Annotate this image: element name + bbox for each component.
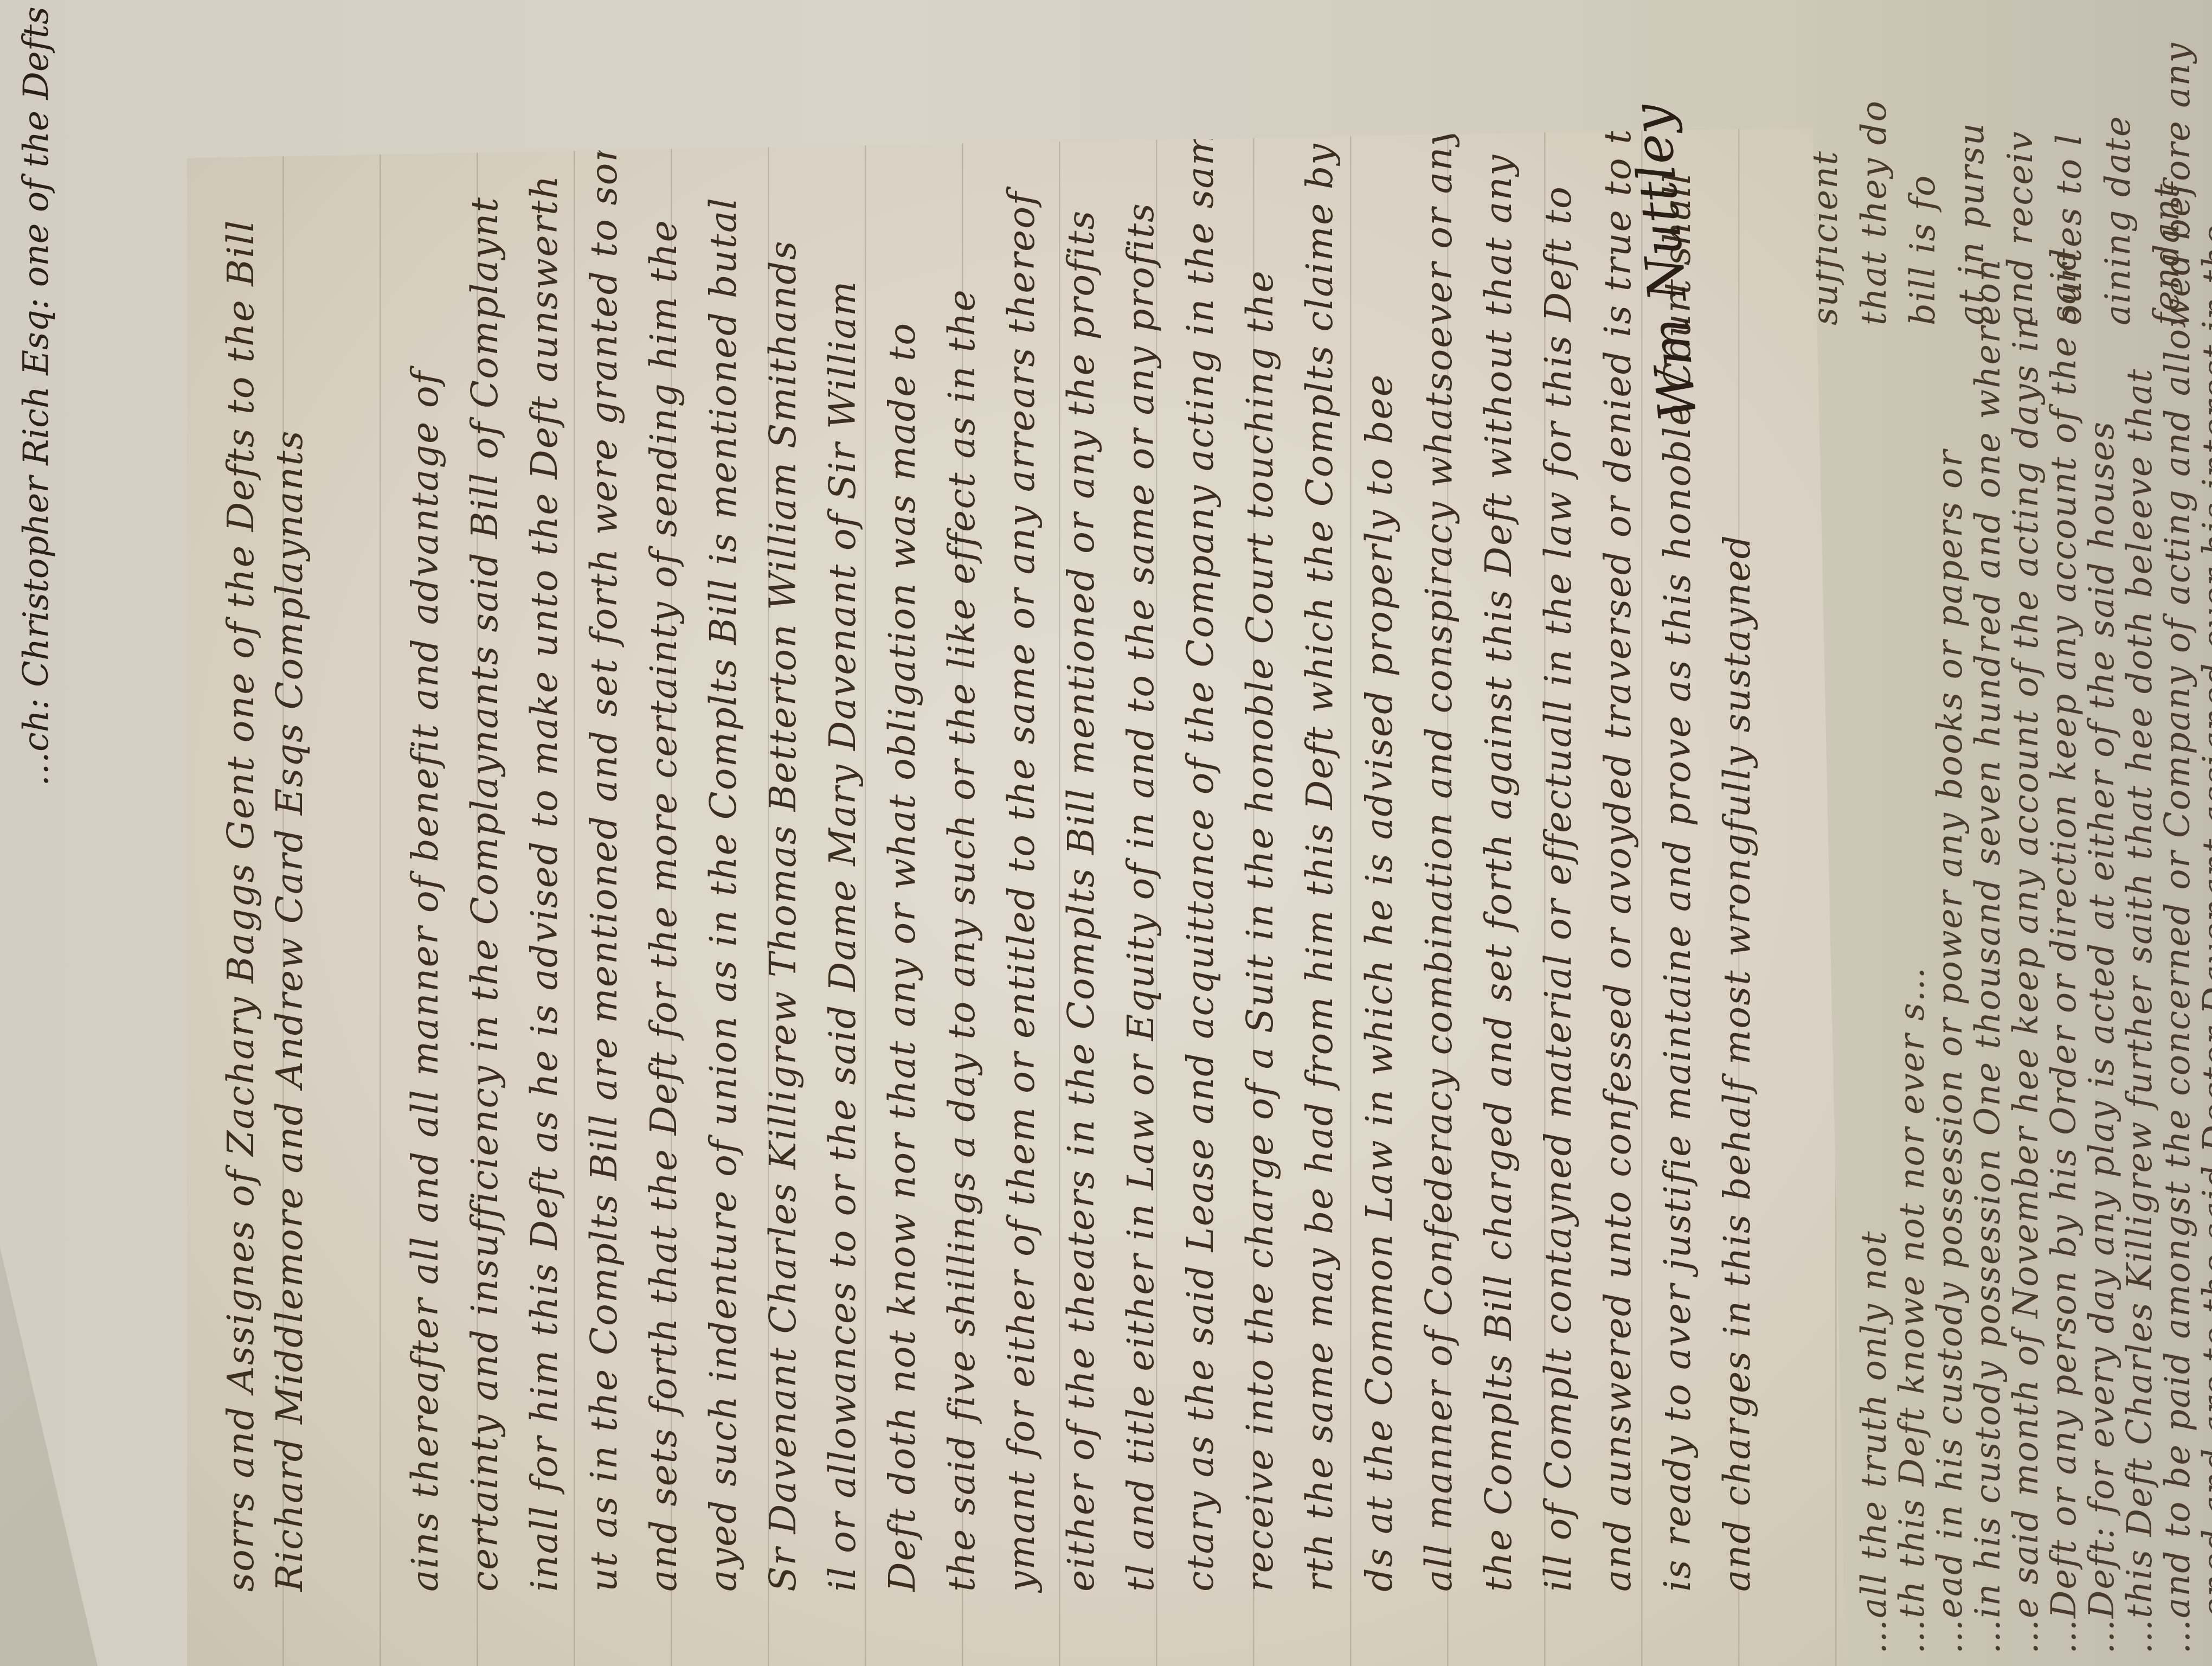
underlying-text-line: …and to be paid amongst the concerned or…	[2158, 42, 2198, 1654]
manuscript-line: ymant for either of them or entitled to …	[1000, 191, 1043, 1592]
manuscript-line: either of the theaters in the Complts Bi…	[1060, 210, 1103, 1592]
manuscript-line: il or allowances to or the said Dame Mar…	[821, 280, 864, 1592]
underlying-text-line: …all the truth only not	[1854, 1230, 1894, 1654]
manuscript-line: ds at the Common Law in which he is advi…	[1358, 374, 1401, 1592]
underlying-text-line: …e said month of November hee keep any a…	[2006, 316, 2046, 1654]
underlying-text-line: …this Deft Charles Killigrew further sai…	[2120, 368, 2160, 1654]
underlying-text-line: …Deft or any person by his Order or dire…	[2044, 247, 2084, 1654]
manuscript-line: ctary as the said Lease and acquittance …	[1179, 127, 1222, 1592]
manuscript-line: Richard Middlemore and Andrew Card Esqs …	[268, 430, 311, 1592]
overlying-parchment-sheet: sorrs and Assignes of Zachary Baggs Gent…	[187, 127, 1846, 1666]
manuscript-line: ayed such indenture of union as in the C…	[702, 197, 745, 1592]
manuscript-line: the Complts Bill charged and set forth a…	[1477, 154, 1520, 1592]
underlying-text-line: …Deft: for every day any play is acted a…	[2082, 421, 2122, 1654]
manuscript-line: and sets forth that the Deft for the mor…	[642, 219, 685, 1592]
manuscript-line: inall for him this Deft as he is advised…	[523, 175, 566, 1592]
manuscript-line: the said five shillings a day to any suc…	[941, 289, 983, 1592]
manuscript-line: all manner of Confederacy combination an…	[1418, 127, 1461, 1592]
underlying-text-line: …th this Deft knowe not nor ever s…	[1892, 966, 1932, 1654]
manuscript-line: ill of Complt contayned material or effe…	[1537, 185, 1580, 1592]
margin-fragment: bill is fo	[1903, 174, 1943, 325]
margin-fragment: aining date	[2098, 115, 2138, 325]
manuscript-line: Sr Davenant Charles Killigrew Thomas Bet…	[762, 240, 805, 1592]
manuscript-line: certainty and insufficiency in the Compl…	[464, 196, 506, 1592]
manuscript-line: Deft doth not know nor that any or what …	[881, 322, 924, 1592]
manuscript-line: receive into the charge of a Suit in the…	[1239, 270, 1282, 1592]
manuscript-line: sorrs and Assignes of Zachary Baggs Gent…	[220, 219, 262, 1592]
manuscript-line: and charges in this behalf most wrongful…	[1716, 534, 1759, 1592]
manuscript-line: tl and title either in Law or Equity of …	[1120, 202, 1162, 1592]
underlying-text-line: …ened and are to the said Doctor Davenan…	[2196, 224, 2212, 1654]
margin-fragment: that they do	[1854, 100, 1894, 325]
underlying-text-line: …in his custody possession One thousand …	[1968, 259, 2008, 1654]
manuscript-line: ains thereafter all and all manner of be…	[404, 370, 447, 1592]
underlying-header-line: …ch: Christopher Rich Esq: one of the De…	[16, 0, 56, 786]
manuscript-line: ut as in the Complts Bill are mentioned …	[583, 127, 626, 1592]
underlying-text-line: …ead in his custody possession or power …	[1930, 449, 1970, 1654]
manuscript-line: rth the same may be had from him this De…	[1298, 143, 1341, 1592]
manuscript-line: and aunswered unto confessed or avoyded …	[1597, 127, 1639, 1592]
